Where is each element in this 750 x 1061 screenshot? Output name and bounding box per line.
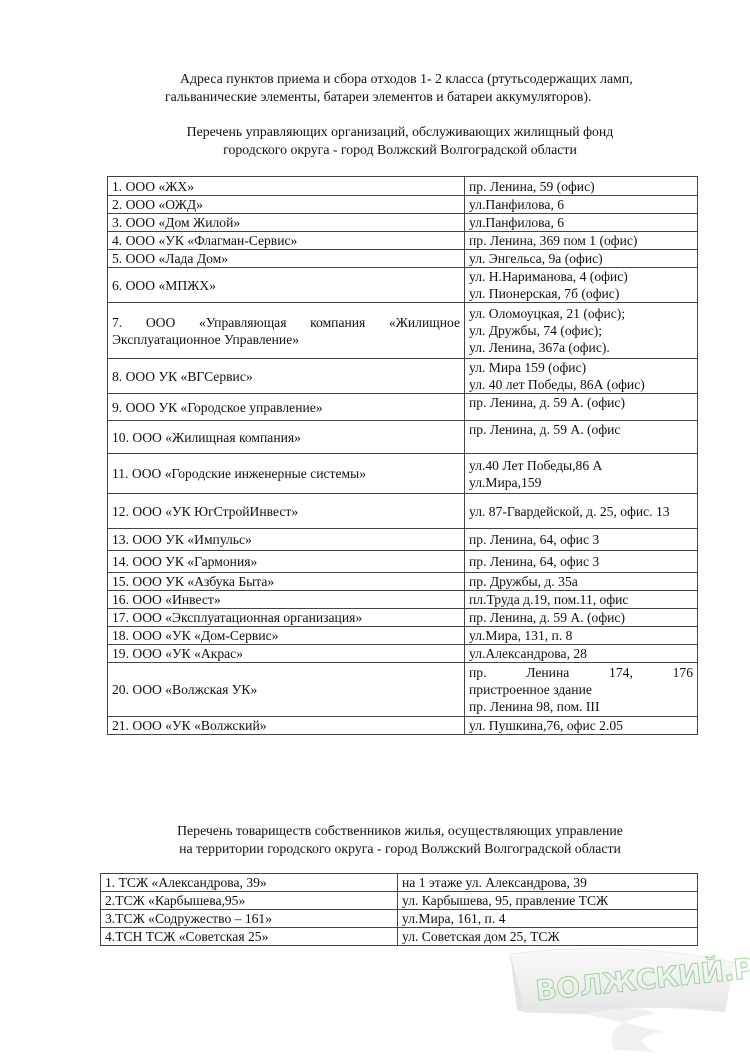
- address-line: ул. Оломоуцкая, 21 (офис);: [469, 305, 693, 322]
- document-page: Адреса пунктов приема и сбора отходов 1-…: [0, 0, 750, 1061]
- address-line: ул. Ленина, 367а (офис).: [469, 339, 693, 356]
- address-line: ул. Н.Нариманова, 4 (офис): [469, 268, 693, 285]
- company-address-cell: ул. Мира 159 (офис)ул. 40 лет Победы, 86…: [465, 359, 698, 394]
- address-line: пр. Ленина, 64, офис 3: [469, 553, 693, 570]
- company-address-cell: пр.Ленина174,176пристроенное зданиепр. Л…: [465, 663, 698, 717]
- address-line: ул. 87-Гвардейской, д. 25, офис. 13: [469, 503, 693, 520]
- table-row: 18. ООО «УК «Дом-Сервис»ул.Мира, 131, п.…: [108, 627, 698, 645]
- table-row: 9. ООО УК «Городское управление»пр. Лени…: [108, 394, 698, 421]
- hoa-name-cell: 2.ТСЖ «Карбышева,95»: [101, 892, 398, 910]
- company-address-cell: ул.Панфилова, 6: [465, 214, 698, 232]
- table-row: 2.ТСЖ «Карбышева,95»ул. Карбышева, 95, п…: [101, 892, 698, 910]
- table-row: 16. ООО «Инвест»пл.Труда д.19, пом.11, о…: [108, 591, 698, 609]
- address-line: ул. Пионерская, 7б (офис): [469, 285, 693, 302]
- company-address-cell: ул. 87-Гвардейской, д. 25, офис. 13: [465, 494, 698, 529]
- section1-title: Перечень управляющих организаций, обслуж…: [150, 123, 650, 159]
- company-address-cell: пр. Ленина, 369 пом 1 (офис): [465, 232, 698, 250]
- hoa-name-cell: 4.ТСН ТСЖ «Советская 25»: [101, 928, 398, 946]
- address-line: ул. Дружбы, 74 (офис);: [469, 322, 693, 339]
- address-line: пр. Ленина, 59 (офис): [469, 178, 693, 195]
- address-line: пр. Ленина, д. 59 А. (офис: [469, 421, 693, 438]
- address-word: пр.: [469, 664, 486, 681]
- table-row: 2. ООО «ОЖД»ул.Панфилова, 6: [108, 196, 698, 214]
- company-name-cell: 1. ООО «ЖХ»: [108, 177, 465, 196]
- address-line: пр. Ленина, д. 59 А. (офис): [469, 394, 693, 411]
- section2-title-line-2: на территории городского округа - город …: [150, 840, 650, 858]
- company-name-cell: 9. ООО УК «Городское управление»: [108, 394, 465, 421]
- table-row: 6. ООО «МПЖХ»ул. Н.Нариманова, 4 (офис)у…: [108, 268, 698, 303]
- company-name-cell: 12. ООО «УК ЮгСтройИнвест»: [108, 494, 465, 529]
- table-row: 4. ООО «УК «Флагман-Сервис»пр. Ленина, 3…: [108, 232, 698, 250]
- table-row: 5. ООО «Лада Дом»ул. Энгельса, 9а (офис): [108, 250, 698, 268]
- company-name-cell: 18. ООО «УК «Дом-Сервис»: [108, 627, 465, 645]
- company-address-cell: ул. Оломоуцкая, 21 (офис);ул. Дружбы, 74…: [465, 303, 698, 359]
- company-address-cell: пр. Ленина, 64, офис 3: [465, 551, 698, 573]
- company-address-cell: пр. Ленина, д. 59 А. (офис): [465, 394, 698, 421]
- table-row: 8. ООО УК «ВГСервис»ул. Мира 159 (офис)у…: [108, 359, 698, 394]
- table-row: 3.ТСЖ «Содружество – 161»ул.Мира, 161, п…: [101, 910, 698, 928]
- address-line: пр.Ленина174,176: [469, 664, 693, 681]
- address-line: ул.40 Лет Победы,86 А: [469, 457, 693, 474]
- address-line: ул.Мира, 131, п. 8: [469, 627, 693, 644]
- address-line: пр. Ленина 98, пом. III: [469, 698, 693, 715]
- company-name-cell: 20. ООО «Волжская УК»: [108, 663, 465, 717]
- table-row: 12. ООО «УК ЮгСтройИнвест»ул. 87-Гвардей…: [108, 494, 698, 529]
- table-row: 10. ООО «Жилищная компания»пр. Ленина, д…: [108, 421, 698, 454]
- document-title: Адреса пунктов приема и сбора отходов 1-…: [150, 70, 680, 106]
- company-name-cell: 4. ООО «УК «Флагман-Сервис»: [108, 232, 465, 250]
- company-name-cell: 7. ООО «Управляющая компания «Жилищное Э…: [108, 303, 465, 359]
- table-row: 1. ООО «ЖХ»пр. Ленина, 59 (офис): [108, 177, 698, 196]
- company-name-cell: 19. ООО «УК «Акрас»: [108, 645, 465, 663]
- title-line-1: Адреса пунктов приема и сбора отходов 1-…: [150, 70, 680, 88]
- address-line: ул. Пушкина,76, офис 2.05: [469, 717, 693, 734]
- hoa-table: 1. ТСЖ «Александрова, 39»на 1 этаже ул. …: [100, 873, 698, 946]
- table-row: 11. ООО «Городские инженерные системы»ул…: [108, 454, 698, 494]
- table-row: 7. ООО «Управляющая компания «Жилищное Э…: [108, 303, 698, 359]
- address-line: пристроенное здание: [469, 681, 693, 698]
- address-line: ул.Панфилова, 6: [469, 196, 693, 213]
- address-line: пр. Дружбы, д. 35а: [469, 573, 693, 590]
- company-address-cell: пр. Ленина, 64, офис 3: [465, 529, 698, 551]
- company-name-cell: 11. ООО «Городские инженерные системы»: [108, 454, 465, 494]
- company-address-cell: пр. Ленина, 59 (офис): [465, 177, 698, 196]
- company-name-cell: 3. ООО «Дом Жилой»: [108, 214, 465, 232]
- watermark: ВОЛЖСКИЙ.РУ: [505, 942, 740, 1052]
- hoa-address-cell: ул.Мира, 161, п. 4: [398, 910, 698, 928]
- section1-title-line-1: Перечень управляющих организаций, обслуж…: [150, 123, 650, 141]
- section1-title-line-2: городского округа - город Волжский Волго…: [150, 141, 650, 159]
- address-line: ул. 40 лет Победы, 86А (офис): [469, 376, 693, 393]
- company-address-cell: пр. Ленина, д. 59 А. (офис: [465, 421, 698, 454]
- table-row: 13. ООО УК «Импульс»пр. Ленина, 64, офис…: [108, 529, 698, 551]
- title-line-2: гальванические элементы, батареи элемент…: [150, 88, 680, 106]
- table-row: 15. ООО УК «Азбука Быта»пр. Дружбы, д. 3…: [108, 573, 698, 591]
- company-name-cell: 2. ООО «ОЖД»: [108, 196, 465, 214]
- company-address-cell: пр. Ленина, д. 59 А. (офис): [465, 609, 698, 627]
- company-address-cell: ул.40 Лет Победы,86 Аул.Мира,159: [465, 454, 698, 494]
- company-address-cell: ул. Н.Нариманова, 4 (офис)ул. Пионерская…: [465, 268, 698, 303]
- section2-title-line-1: Перечень товариществ собственников жилья…: [150, 822, 650, 840]
- company-name-cell: 16. ООО «Инвест»: [108, 591, 465, 609]
- management-companies-table: 1. ООО «ЖХ»пр. Ленина, 59 (офис)2. ООО «…: [107, 176, 698, 735]
- company-name-cell: 21. ООО «УК «Волжский»: [108, 717, 465, 735]
- hoa-name-cell: 3.ТСЖ «Содружество – 161»: [101, 910, 398, 928]
- address-line: ул.Панфилова, 6: [469, 214, 693, 231]
- address-line: ул. Энгельса, 9а (офис): [469, 250, 693, 267]
- address-line: пл.Труда д.19, пом.11, офис: [469, 591, 693, 608]
- company-address-cell: ул.Александрова, 28: [465, 645, 698, 663]
- hoa-address-cell: на 1 этаже ул. Александрова, 39: [398, 874, 698, 892]
- company-name-cell: 8. ООО УК «ВГСервис»: [108, 359, 465, 394]
- address-line: ул.Александрова, 28: [469, 645, 693, 662]
- table-row: 1. ТСЖ «Александрова, 39»на 1 этаже ул. …: [101, 874, 698, 892]
- company-address-cell: ул. Энгельса, 9а (офис): [465, 250, 698, 268]
- company-address-cell: ул.Мира, 131, п. 8: [465, 627, 698, 645]
- section2-title: Перечень товариществ собственников жилья…: [150, 822, 650, 858]
- table-row: 3. ООО «Дом Жилой»ул.Панфилова, 6: [108, 214, 698, 232]
- address-word: 176: [673, 664, 693, 681]
- company-name-cell: 14. ООО УК «Гармония»: [108, 551, 465, 573]
- company-address-cell: пл.Труда д.19, пом.11, офис: [465, 591, 698, 609]
- company-name-cell: 5. ООО «Лада Дом»: [108, 250, 465, 268]
- address-word: 174,: [609, 664, 633, 681]
- company-address-cell: пр. Дружбы, д. 35а: [465, 573, 698, 591]
- address-line: пр. Ленина, д. 59 А. (офис): [469, 609, 693, 626]
- company-address-cell: ул.Панфилова, 6: [465, 196, 698, 214]
- company-name-cell: 17. ООО «Эксплуатационная организация»: [108, 609, 465, 627]
- table-row: 21. ООО «УК «Волжский»ул. Пушкина,76, оф…: [108, 717, 698, 735]
- address-line: ул. Мира 159 (офис): [469, 359, 693, 376]
- table-row: 20. ООО «Волжская УК»пр.Ленина174,176при…: [108, 663, 698, 717]
- address-line: пр. Ленина, 64, офис 3: [469, 531, 693, 548]
- address-line: ул.Мира,159: [469, 474, 693, 491]
- table-row: 14. ООО УК «Гармония»пр. Ленина, 64, офи…: [108, 551, 698, 573]
- company-name-cell: 10. ООО «Жилищная компания»: [108, 421, 465, 454]
- table-row: 19. ООО «УК «Акрас»ул.Александрова, 28: [108, 645, 698, 663]
- address-line: пр. Ленина, 369 пом 1 (офис): [469, 232, 693, 249]
- address-word: Ленина: [526, 664, 569, 681]
- hoa-name-cell: 1. ТСЖ «Александрова, 39»: [101, 874, 398, 892]
- table-row: 17. ООО «Эксплуатационная организация»пр…: [108, 609, 698, 627]
- company-name-cell: 6. ООО «МПЖХ»: [108, 268, 465, 303]
- hoa-address-cell: ул. Карбышева, 95, правление ТСЖ: [398, 892, 698, 910]
- company-name-cell: 13. ООО УК «Импульс»: [108, 529, 465, 551]
- company-name-cell: 15. ООО УК «Азбука Быта»: [108, 573, 465, 591]
- company-address-cell: ул. Пушкина,76, офис 2.05: [465, 717, 698, 735]
